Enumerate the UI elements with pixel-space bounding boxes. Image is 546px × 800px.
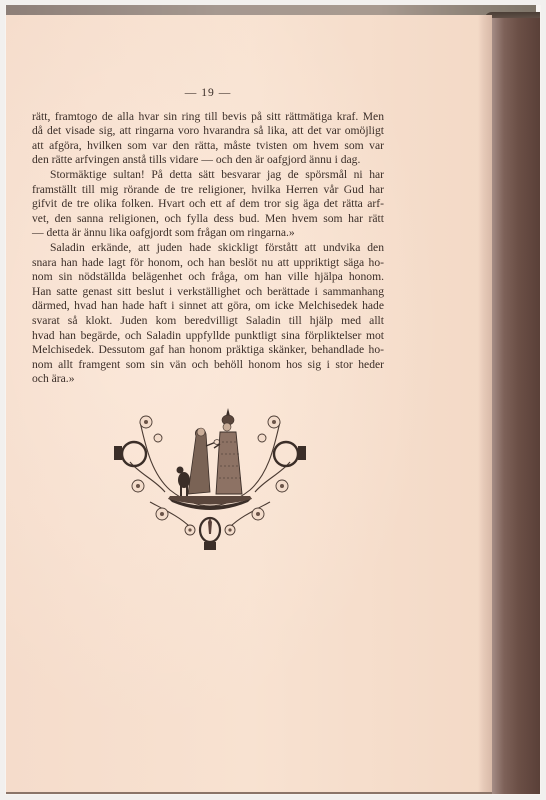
- paragraph-1: rätt, framtogo de alla hvar sin ring til…: [32, 110, 384, 168]
- text-line: Stormäktige sultan! På detta sätt besvar…: [32, 168, 384, 183]
- text-line: hvad han begärde, och Saladin uppfyllde …: [32, 329, 384, 344]
- text-line: snara han hade lagt för honom, och han b…: [32, 256, 384, 271]
- text-line: då det visade sig, att ringarna voro hva…: [32, 124, 384, 139]
- text-line: att afgöra, hvilken som var den rätta, m…: [32, 139, 384, 154]
- text-line: Melchisedek. Dessutom gaf han honom präk…: [32, 343, 384, 358]
- text-line: framställt till mig rörande de tre relig…: [32, 183, 384, 198]
- page-bottom-edge: [6, 792, 492, 794]
- text-block: — 19 — rätt, framtogo de alla hvar sin r…: [32, 86, 384, 387]
- text-line: — detta är ännu lika oafgjordt som fråga…: [32, 226, 384, 241]
- text-line: och ära.»: [32, 372, 384, 387]
- paragraph-2: Stormäktige sultan! På detta sätt besvar…: [32, 168, 384, 241]
- text-line: Han satte genast sitt beslut i verkställ…: [32, 285, 384, 300]
- text-line: svarat så klokt. Juden kom beredvilligt …: [32, 314, 384, 329]
- book-edge: [492, 18, 540, 794]
- page-fold: [478, 15, 492, 794]
- top-shadow-strip: [6, 5, 536, 15]
- bottom-ring: [200, 518, 220, 550]
- veiled-figure: [188, 428, 220, 494]
- sultan-figure: [214, 408, 242, 494]
- text-line: nom allt framgent som sin vän och behöll…: [32, 358, 384, 373]
- page-number: — 19 —: [32, 86, 384, 101]
- text-line: gifvit de tre olika folken. Hvart och et…: [32, 197, 384, 212]
- text-line: nom sin nödställda belägenhet och fråga,…: [32, 270, 384, 285]
- ornament-vignette-icon: [110, 402, 310, 554]
- text-line: därmed, hvad han hade haft i sinnet att …: [32, 299, 384, 314]
- paragraph-3: Saladin erkände, att juden hade skicklig…: [32, 241, 384, 387]
- text-line: Saladin erkände, att juden hade skicklig…: [32, 241, 384, 256]
- text-line: den rätte arfvingen anstå tills vidare —…: [32, 153, 384, 168]
- text-line: vet, den sanna religionen, och fylla des…: [32, 212, 384, 227]
- text-line: rätt, framtogo de alla hvar sin ring til…: [32, 110, 384, 125]
